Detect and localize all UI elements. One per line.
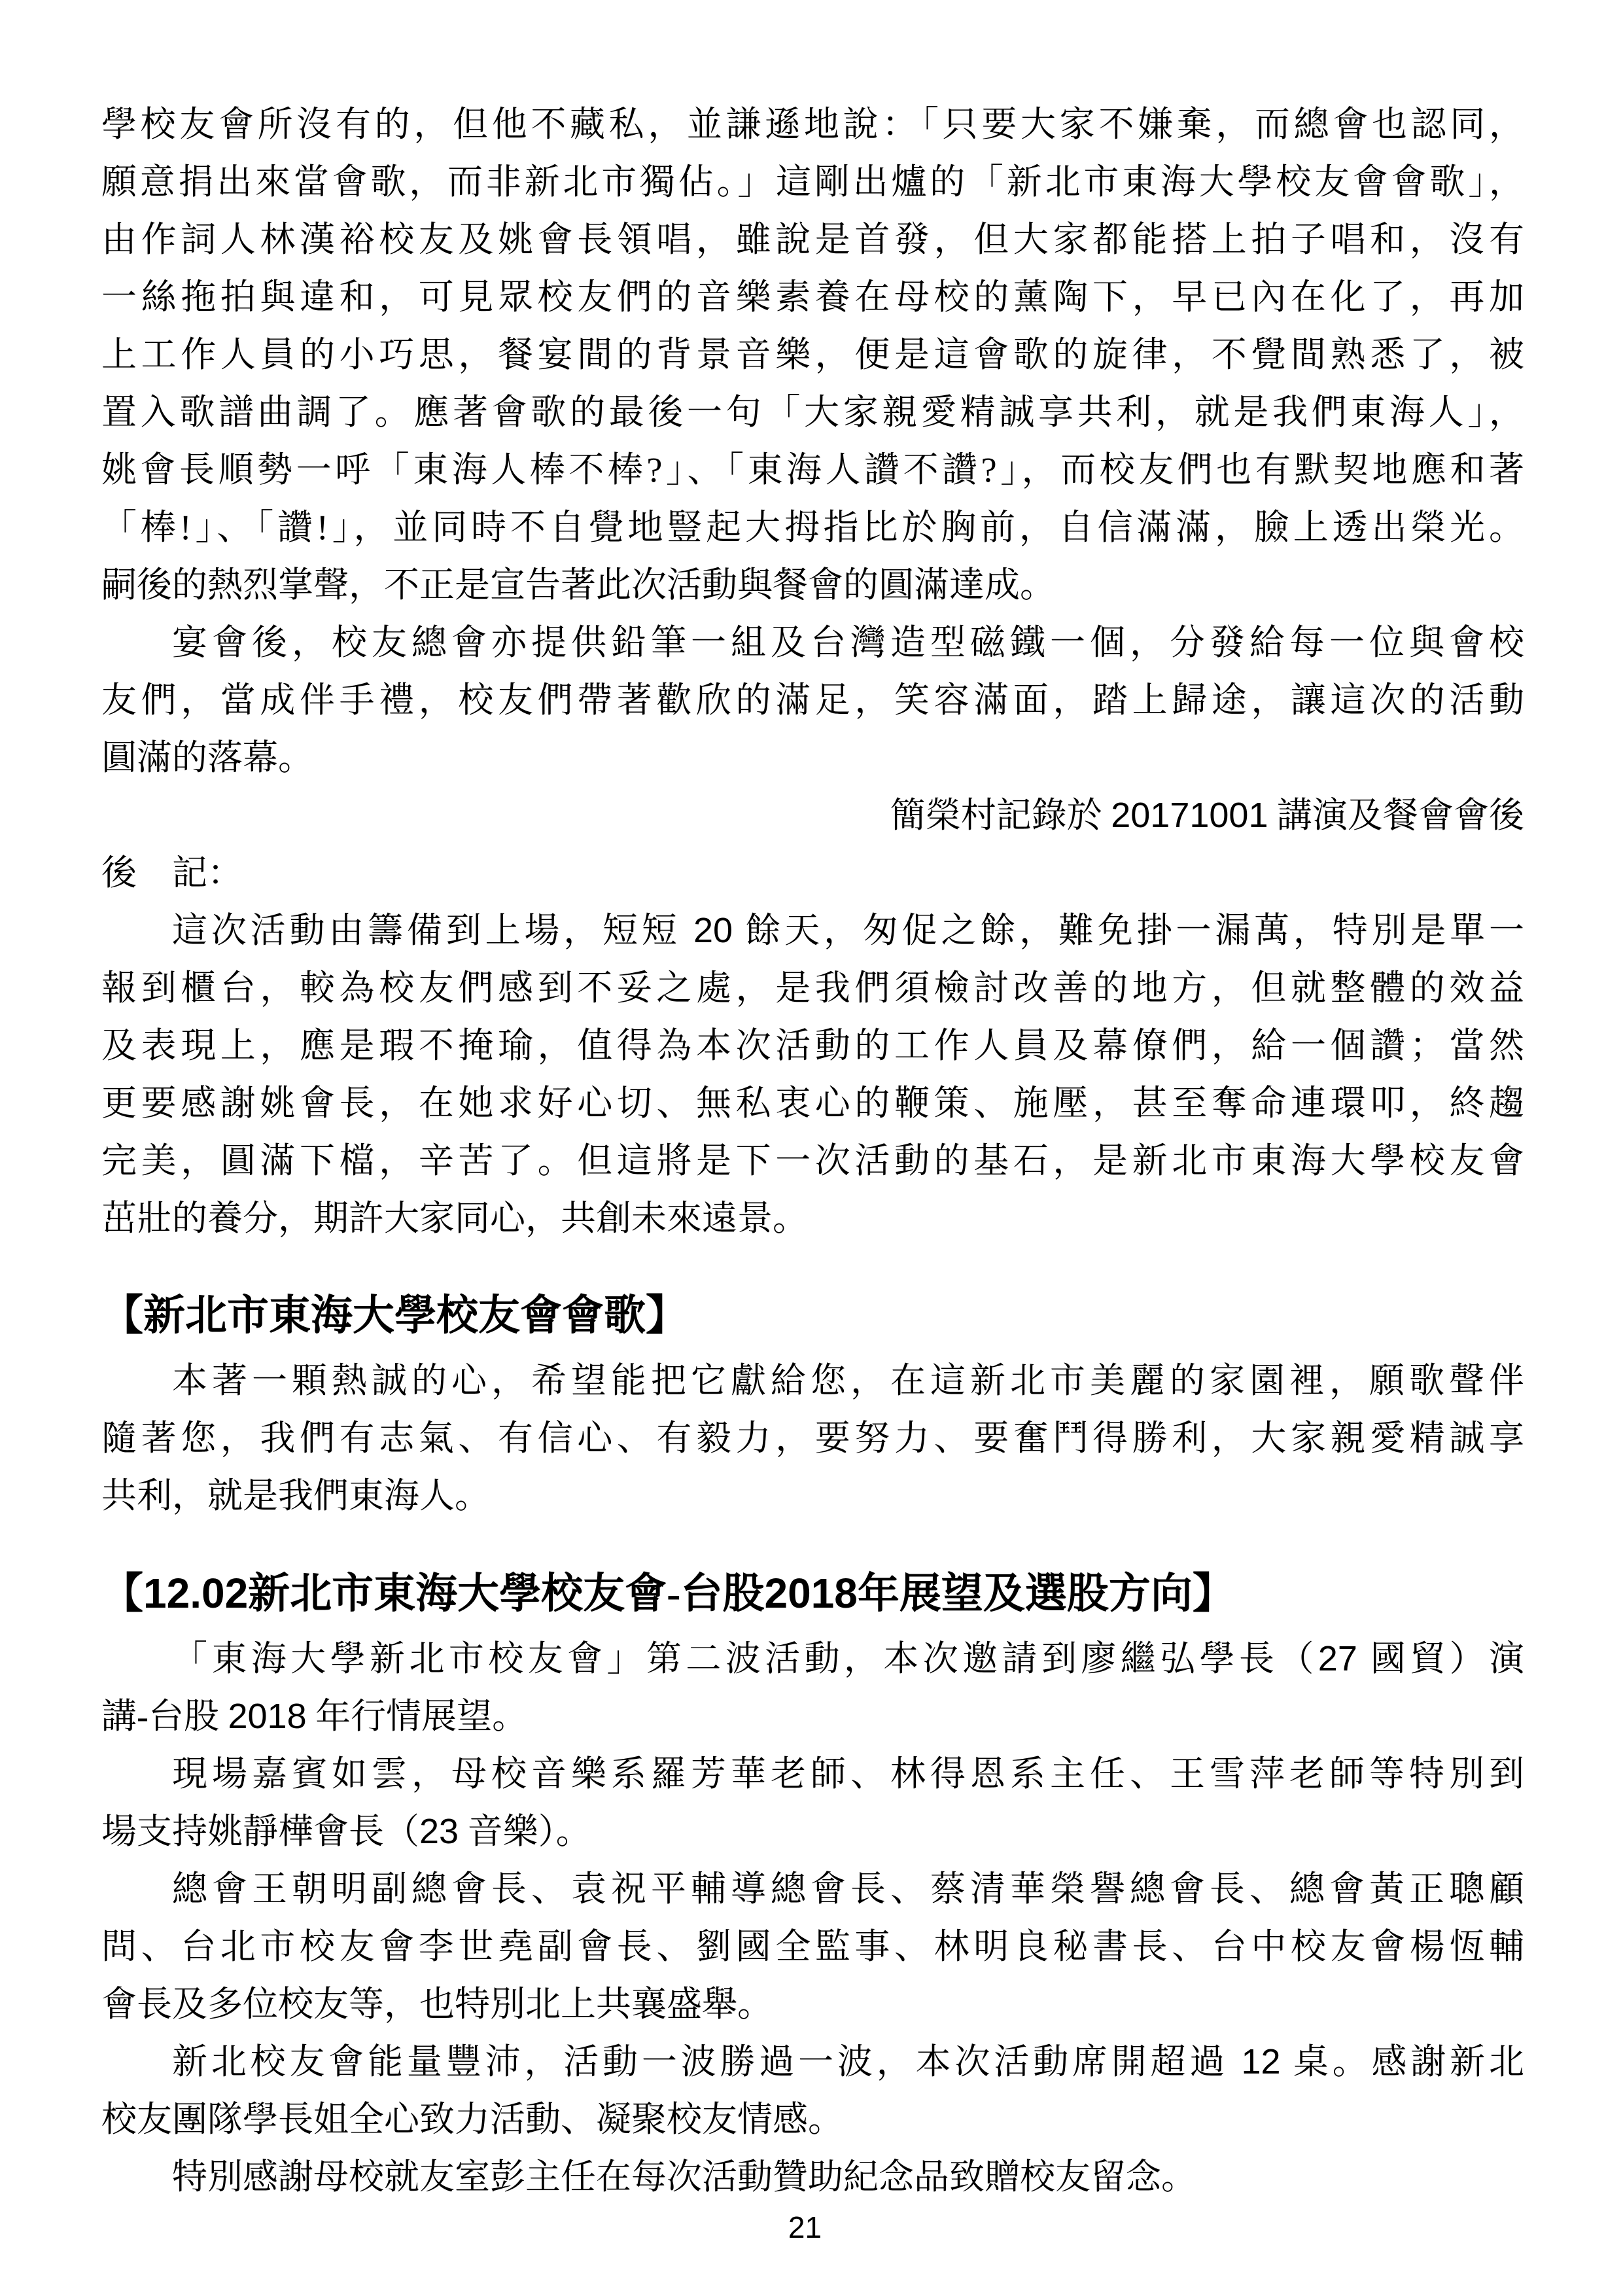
latin-number: 23 <box>419 1812 459 1851</box>
postscript-label: 後 記： <box>101 844 1524 902</box>
text-line: 報到櫃台，較為校友們感到不妥之處，是我們須檢討改善的地方，但就整體的效益 <box>101 959 1524 1017</box>
text-line: 隨著您，我們有志氣、有信心、有毅力，要努力、要奮鬥得勝利，大家親愛精誠享 <box>101 1409 1524 1467</box>
latin-number: 2018 <box>764 1570 857 1617</box>
byline: 簡榮村記錄於 20171001 講演及餐會會後 <box>101 786 1524 844</box>
page-number: 21 <box>0 2210 1610 2244</box>
text-line: 一絲拖拍與違和，可見眾校友們的音樂素養在母校的薰陶下，早已內在化了，再加 <box>101 268 1524 326</box>
text-line: 及表現上，應是瑕不掩瑜，值得為本次活動的工作人員及幕僚們，給一個讚；當然 <box>101 1017 1524 1074</box>
text-line: 現場嘉賓如雲，母校音樂系羅芳華老師、林得恩系主任、王雪萍老師等特別到 <box>101 1745 1524 1803</box>
paragraph: 新北校友會能量豐沛，活動一波勝過一波，本次活動席開超過 12 桌。感謝新北 校友… <box>101 2033 1524 2148</box>
text-line: 共利，就是我們東海人。 <box>101 1467 1524 1525</box>
text-line: 本著一顆熱誠的心，希望能把它獻給您，在這新北市美麗的家園裡，願歌聲伴 <box>101 1352 1524 1409</box>
text-line: 這次活動由籌備到上場，短短 20 餘天，匆促之餘，難免掛一漏萬，特別是單一 <box>101 902 1524 959</box>
text-line: 學校友會所沒有的，但他不藏私，並謙遜地說：「只要大家不嫌棄，而總會也認同， <box>101 96 1524 153</box>
text-line: 更要感謝姚會長，在她求好心切、無私衷心的鞭策、施壓，甚至奪命連環叩，終趨 <box>101 1074 1524 1132</box>
latin-number: 12.02 <box>143 1570 248 1617</box>
text-line: 問、台北市校友會李世堯副會長、劉國全監事、林明良秘書長、台中校友會楊恆輔 <box>101 1918 1524 1975</box>
latin-number: 20 <box>693 911 733 950</box>
text-line: 場支持姚靜樺會長（23 音樂）。 <box>101 1803 1524 1860</box>
paragraph: 總會王朝明副總會長、袁祝平輔導總會長、蔡清華榮譽總會長、總會黃正聰顧 問、台北市… <box>101 1860 1524 2033</box>
text-line: 由作詞人林漢裕校友及姚會長領唱，雖說是首發，但大家都能搭上拍子唱和，沒有 <box>101 211 1524 268</box>
text-line: 特別感謝母校就友室彭主任在每次活動贊助紀念品致贈校友留念。 <box>101 2148 1524 2206</box>
paragraph: 宴會後，校友總會亦提供鉛筆一組及台灣造型磁鐵一個，分發給每一位與會校 友們，當成… <box>101 614 1524 786</box>
paragraph: 學校友會所沒有的，但他不藏私，並謙遜地說：「只要大家不嫌棄，而總會也認同， 願意… <box>101 96 1524 614</box>
paragraph: 本著一顆熱誠的心，希望能把它獻給您，在這新北市美麗的家園裡，願歌聲伴 隨著您，我… <box>101 1352 1524 1525</box>
text-line: 宴會後，校友總會亦提供鉛筆一組及台灣造型磁鐵一個，分發給每一位與會校 <box>101 614 1524 671</box>
text-line: 嗣後的熱烈掌聲，不正是宣告著此次活動與餐會的圓滿達成。 <box>101 556 1524 614</box>
text-line: 新北校友會能量豐沛，活動一波勝過一波，本次活動席開超過 12 桌。感謝新北 <box>101 2033 1524 2091</box>
latin-number: 21 <box>788 2210 822 2244</box>
latin-number: 12 <box>1242 2042 1281 2081</box>
document-page: 學校友會所沒有的，但他不藏私，並謙遜地說：「只要大家不嫌棄，而總會也認同， 願意… <box>0 0 1623 2296</box>
section-heading-anthem: 【新北市東海大學校友會會歌】 <box>101 1280 1524 1352</box>
latin-number: 2018 <box>228 1697 306 1736</box>
section-heading-stock-event: 【12.02新北市東海大學校友會-台股2018年展望及選股方向】 <box>101 1557 1524 1630</box>
text-line: 「棒!」、「讚!」，並同時不自覺地豎起大拇指比於胸前，自信滿滿，臉上透出榮光。 <box>101 499 1524 556</box>
text-line: 茁壯的養分，期許大家同心，共創未來遠景。 <box>101 1190 1524 1247</box>
paragraph: 這次活動由籌備到上場，短短 20 餘天，匆促之餘，難免掛一漏萬，特別是單一 報到… <box>101 902 1524 1247</box>
latin-number: 27 <box>1318 1639 1357 1678</box>
text-line: 講-台股 2018 年行情展望。 <box>101 1687 1524 1745</box>
latin-number: 20171001 <box>1111 796 1268 835</box>
paragraph: 現場嘉賓如雲，母校音樂系羅芳華老師、林得恩系主任、王雪萍老師等特別到 場支持姚靜… <box>101 1745 1524 1860</box>
text-line: 願意捐出來當會歌，而非新北市獨佔。」這剛出爐的「新北市東海大學校友會會歌」， <box>101 153 1524 211</box>
paragraph: 「東海大學新北市校友會」第二波活動，本次邀請到廖繼弘學長（27 國貿）演 講-台… <box>101 1630 1524 1745</box>
text-line: 後 記： <box>101 844 1524 902</box>
text-line: 置入歌譜曲調了。應著會歌的最後一句「大家親愛精誠享共利，就是我們東海人」， <box>101 383 1524 441</box>
text-line: 圓滿的落幕。 <box>101 729 1524 786</box>
byline-text: 簡榮村記錄於 20171001 講演及餐會會後 <box>101 786 1524 844</box>
text-line: 友們，當成伴手禮，校友們帶著歡欣的滿足，笑容滿面，踏上歸途，讓這次的活動 <box>101 671 1524 729</box>
text-line: 上工作人員的小巧思，餐宴間的背景音樂，便是這會歌的旋律，不覺間熟悉了，被 <box>101 326 1524 383</box>
text-line: 總會王朝明副總會長、袁祝平輔導總會長、蔡清華榮譽總會長、總會黃正聰顧 <box>101 1860 1524 1918</box>
text-line: 會長及多位校友等，也特別北上共襄盛舉。 <box>101 1975 1524 2033</box>
text-line: 姚會長順勢一呼「東海人棒不棒?」、「東海人讚不讚?」，而校友們也有默契地應和著 <box>101 441 1524 499</box>
text-line: 「東海大學新北市校友會」第二波活動，本次邀請到廖繼弘學長（27 國貿）演 <box>101 1630 1524 1687</box>
text-line: 完美，圓滿下檔，辛苦了。但這將是下一次活動的基石，是新北市東海大學校友會 <box>101 1132 1524 1190</box>
text-line: 校友團隊學長姐全心致力活動、凝聚校友情感。 <box>101 2091 1524 2148</box>
paragraph: 特別感謝母校就友室彭主任在每次活動贊助紀念品致贈校友留念。 <box>101 2148 1524 2206</box>
